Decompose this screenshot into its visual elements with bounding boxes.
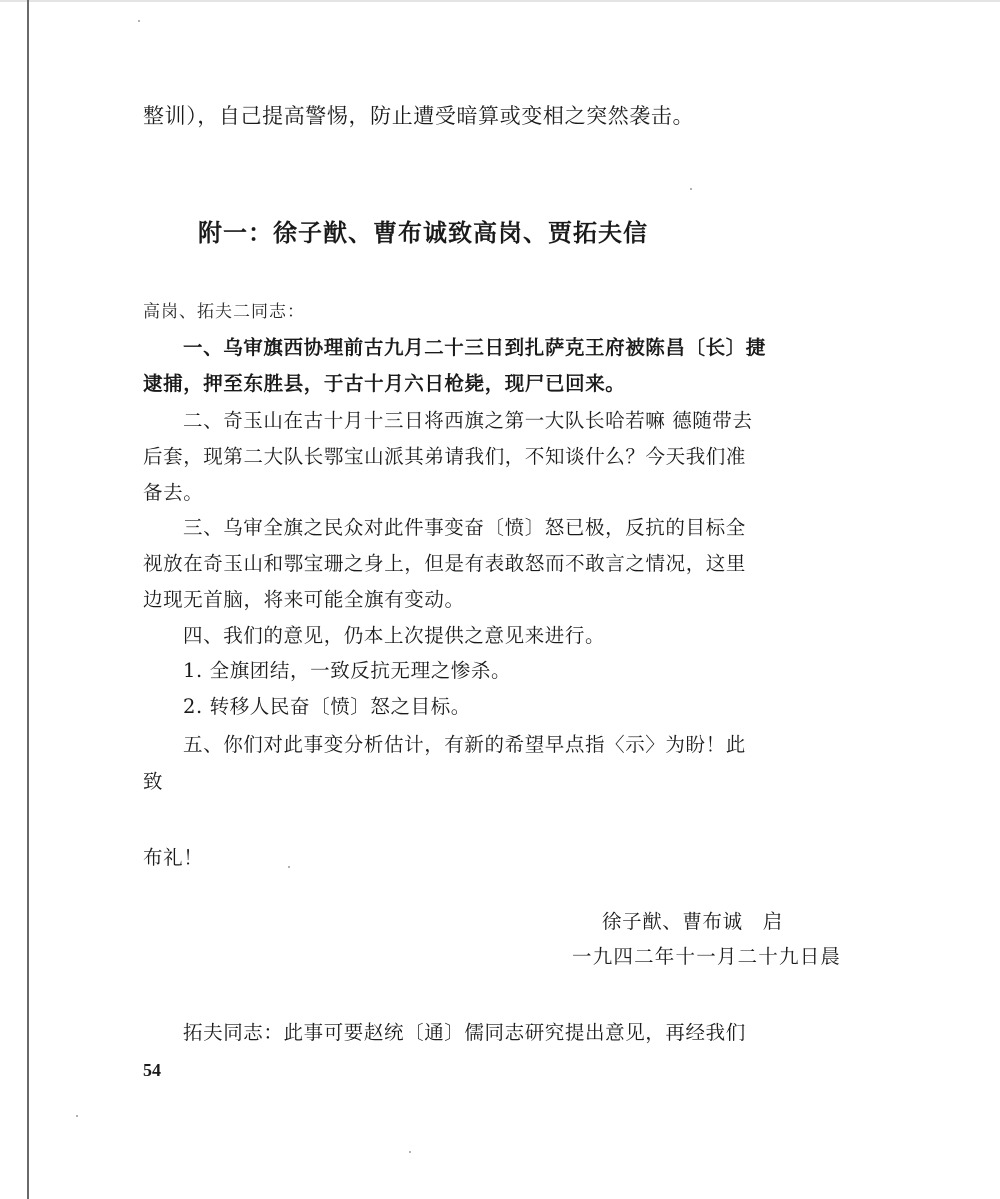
scan-speck	[690, 188, 692, 190]
paragraph-line: 逮捕，押至东胜县，于古十月六日枪毙，现尸已回来。	[143, 372, 625, 396]
paragraph-line: 四、我们的意见，仍本上次提供之意见来进行。	[183, 624, 605, 648]
paragraph-line: 后套，现第二大队长鄂宝山派其弟请我们，不知谈什么？今天我们准	[143, 445, 746, 469]
postscript-line: 拓夫同志：此事可要赵统〔通〕儒同志研究提出意见，再经我们	[183, 1021, 746, 1045]
paragraph-line: 1. 全旗团结，一致反抗无理之惨杀。	[183, 659, 511, 683]
scan-speck	[288, 866, 290, 868]
signature-names: 徐子猷、曹布诚 启	[602, 910, 783, 934]
page-number: 54	[143, 1060, 161, 1081]
paragraph-line: 边现无首脑，将来可能全旗有变动。	[143, 588, 465, 612]
salutation: 高岗、拓夫二同志：	[143, 300, 305, 324]
paragraph-line: 致	[143, 770, 163, 794]
scan-left-border	[27, 0, 29, 1199]
page-top-edge	[0, 0, 1000, 2]
paragraph-line: 五、你们对此事变分析估计，有新的希望早点指〈示〉为盼！此	[183, 733, 746, 757]
paragraph-line: 三、乌审全旗之民众对此件事变奋〔愤〕怒已极，反抗的目标全	[183, 516, 746, 540]
scan-speck	[138, 20, 140, 22]
paragraph-line: 二、奇玉山在古十月十三日将西旗之第一大队长哈若嘛 德随带去	[183, 409, 753, 433]
document-title: 附一：徐子猷、曹布诚致高岗、贾拓夫信	[198, 218, 648, 248]
continuation-line: 整训），自己提高警惕，防止遭受暗算或变相之突然袭击。	[143, 104, 694, 128]
paragraph-line: 2. 转移人民奋〔愤〕怒之目标。	[183, 695, 471, 719]
paragraph-line: 视放在奇玉山和鄂宝珊之身上，但是有表敢怒而不敢言之情况，这里	[143, 552, 746, 576]
paragraph-line: 备去。	[143, 481, 203, 505]
scan-speck	[76, 1115, 78, 1117]
signature-date: 一九四二年十一月二十九日晨	[572, 945, 841, 969]
scan-speck	[409, 1151, 411, 1153]
paragraph-line: 一、乌审旗西协理前古九月二十三日到扎萨克王府被陈昌〔长〕捷	[183, 336, 766, 360]
closing-greeting: 布礼！	[143, 846, 203, 870]
